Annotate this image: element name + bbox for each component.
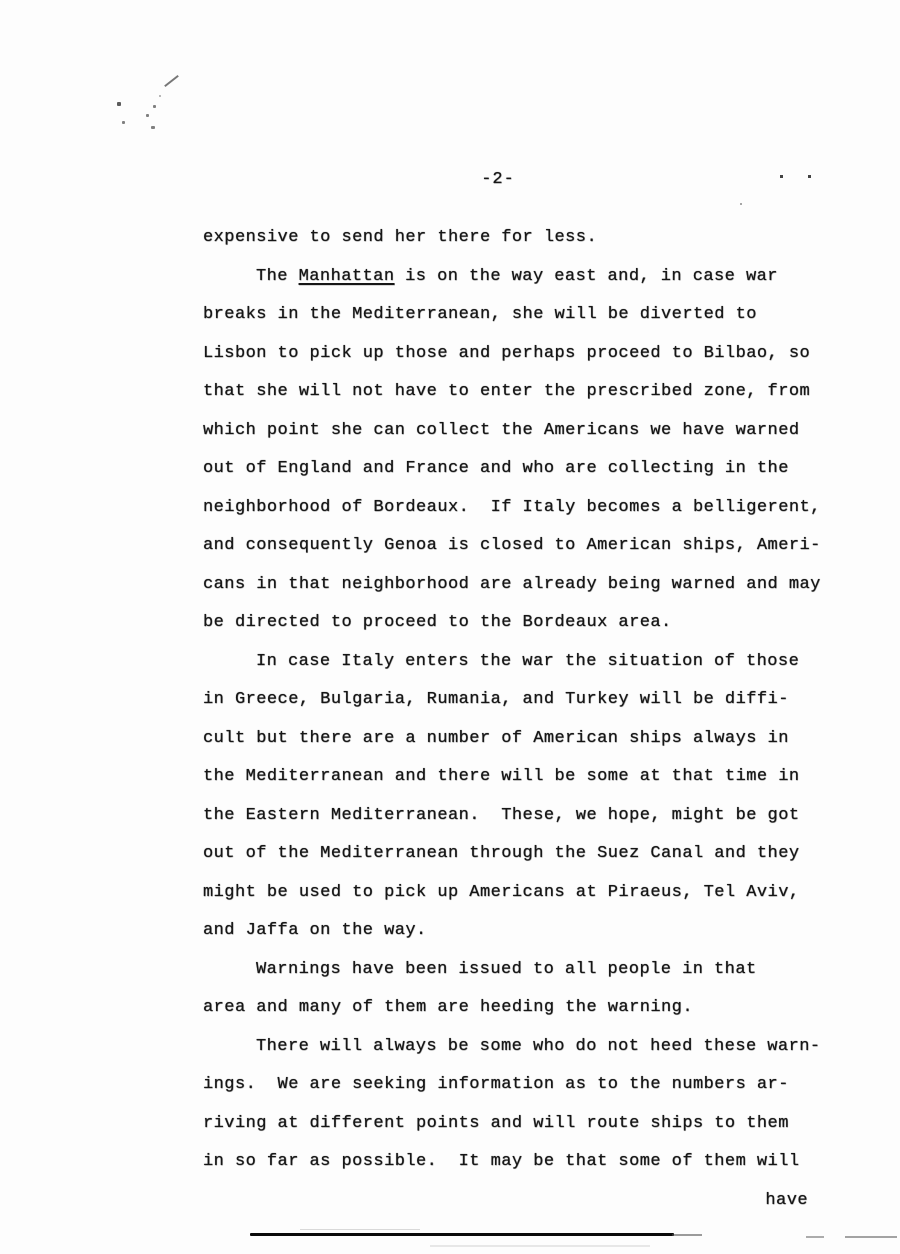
scan-speck bbox=[808, 175, 811, 178]
pencil-mark bbox=[164, 75, 179, 87]
ship-name-manhattan: Manhattan bbox=[299, 267, 395, 286]
pencil-mark bbox=[122, 121, 125, 124]
paragraph-italy: In case Italy enters the war the situati… bbox=[203, 643, 828, 951]
paragraph-manhattan: The Manhattan is on the way east and, in… bbox=[203, 258, 828, 643]
scanned-document-page: -2- expensive to send her there for less… bbox=[0, 0, 900, 1254]
paragraph-warnings: Warnings have been issued to all people … bbox=[203, 951, 828, 1028]
scan-line-artifact bbox=[250, 1233, 674, 1236]
catchword: have bbox=[203, 1182, 828, 1221]
paragraph-heed: There will always be some who do not hee… bbox=[203, 1028, 828, 1182]
paragraph-text: The bbox=[256, 267, 299, 286]
pencil-mark bbox=[117, 102, 121, 106]
scan-line-artifact bbox=[430, 1245, 650, 1247]
pencil-mark bbox=[146, 114, 149, 117]
paragraph-continuation: expensive to send her there for less. bbox=[203, 219, 828, 258]
scan-line-artifact bbox=[300, 1229, 420, 1230]
paragraph-text: is on the way east and, in case war brea… bbox=[203, 267, 821, 633]
scan-line-artifact bbox=[806, 1236, 824, 1238]
page-number: -2- bbox=[203, 170, 793, 189]
scan-line-artifact bbox=[845, 1236, 897, 1238]
document-body: expensive to send her there for less. Th… bbox=[203, 219, 828, 1220]
scan-line-artifact bbox=[672, 1234, 702, 1236]
scan-speck bbox=[740, 203, 742, 205]
pencil-mark bbox=[151, 126, 155, 129]
pencil-mark bbox=[159, 95, 161, 97]
pencil-mark bbox=[153, 105, 156, 108]
